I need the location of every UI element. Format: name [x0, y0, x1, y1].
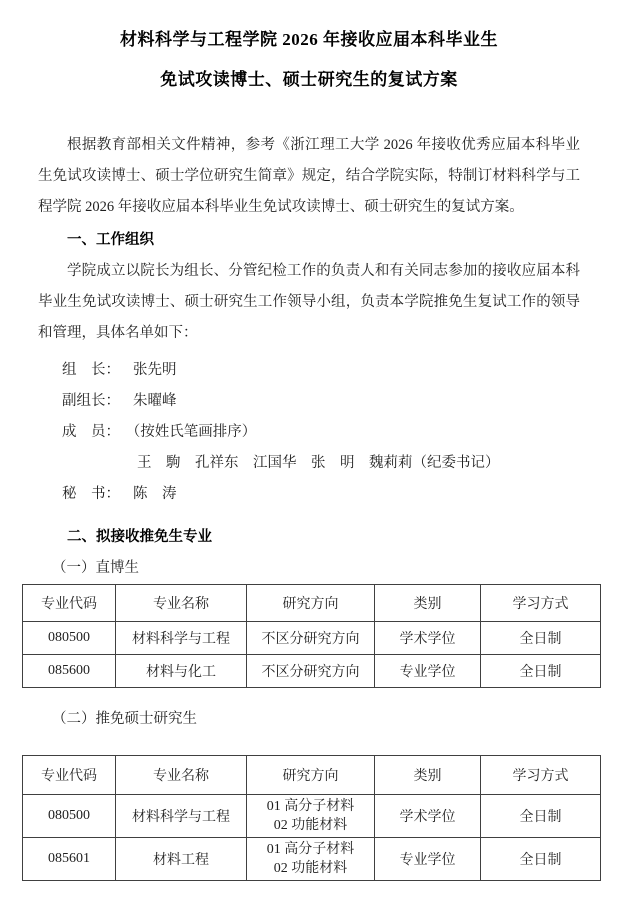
cell-category: 学术学位	[375, 795, 481, 838]
master-programs-table: 专业代码 专业名称 研究方向 类别 学习方式 080500 材料科学与工程 01…	[22, 755, 601, 881]
table-row: 080500 材料科学与工程 不区分研究方向 学术学位 全日制	[23, 622, 601, 655]
cell-major-code: 085600	[23, 655, 116, 688]
table-header-row: 专业代码 专业名称 研究方向 类别 学习方式	[23, 756, 601, 795]
section1-heading: 一、工作组织	[38, 225, 580, 256]
cell-major-code: 080500	[23, 622, 116, 655]
cell-major-name: 材料科学与工程	[116, 622, 247, 655]
table-row: 080500 材料科学与工程 01 高分子材料 02 功能材料 学术学位 全日制	[23, 795, 601, 838]
table-header-row: 专业代码 专业名称 研究方向 类别 学习方式	[23, 585, 601, 622]
cell-research-direction: 不区分研究方向	[247, 655, 375, 688]
header-major-code: 专业代码	[23, 756, 116, 795]
cell-category: 专业学位	[375, 838, 481, 881]
document-title: 材料科学与工程学院 2026 年接收应届本科毕业生 免试攻读博士、硕士研究生的复…	[0, 0, 618, 100]
section2-sub2-label: （二）推免硕士研究生	[52, 704, 618, 735]
document-title-line1: 材料科学与工程学院 2026 年接收应届本科毕业生	[0, 20, 618, 60]
document-page: 材料科学与工程学院 2026 年接收应届本科毕业生 免试攻读博士、硕士研究生的复…	[0, 0, 618, 921]
cell-research-direction: 不区分研究方向	[247, 622, 375, 655]
table-row: 085600 材料与化工 不区分研究方向 专业学位 全日制	[23, 655, 601, 688]
cell-major-code: 080500	[23, 795, 116, 838]
section1-body-paragraph: 学院成立以院长为组长、分管纪检工作的负责人和有关同志参加的接收应届本科毕业生免试…	[38, 256, 580, 349]
roster-secretary-label: 秘 书：	[62, 486, 120, 502]
header-major-name: 专业名称	[116, 756, 247, 795]
roster-deputy-label: 副组长：	[62, 393, 120, 409]
roster-members-label: 成 员：	[62, 424, 120, 440]
roster-members-note: （按姓氏笔画排序）	[133, 424, 256, 440]
cell-major-name: 材料工程	[116, 838, 247, 881]
cell-category: 学术学位	[375, 622, 481, 655]
intro-paragraph: 根据教育部相关文件精神，参考《浙江理工大学 2026 年接收优秀应届本科毕业生免…	[38, 130, 580, 223]
header-research-direction: 研究方向	[247, 756, 375, 795]
direction-line-1: 01 高分子材料	[249, 840, 372, 859]
cell-category: 专业学位	[375, 655, 481, 688]
roster-secretary-name: 陈 涛	[133, 486, 177, 502]
roster-secretary-line: 秘 书：陈 涛	[62, 479, 618, 510]
header-study-mode: 学习方式	[481, 756, 601, 795]
roster-leader-line: 组 长：张先明	[62, 355, 618, 386]
cell-study-mode: 全日制	[481, 838, 601, 881]
cell-research-direction: 01 高分子材料 02 功能材料	[247, 838, 375, 881]
section2-sub1-label: （一）直博生	[52, 553, 618, 584]
roster-list: 组 长：张先明 副组长：朱曜峰 成 员：（按姓氏笔画排序） 王 駒 孔祥东 江国…	[0, 355, 618, 510]
roster-members-names: 王 駒 孔祥东 江国华 张 明 魏莉莉（纪委书记）	[137, 448, 618, 479]
roster-leader-label: 组 长：	[62, 362, 120, 378]
phd-programs-table: 专业代码 专业名称 研究方向 类别 学习方式 080500 材料科学与工程 不区…	[22, 584, 601, 688]
header-category: 类别	[375, 756, 481, 795]
header-major-code: 专业代码	[23, 585, 116, 622]
roster-members-line: 成 员：（按姓氏笔画排序）	[62, 417, 618, 448]
roster-leader-name: 张先明	[133, 362, 177, 378]
roster-deputy-name: 朱曜峰	[133, 393, 177, 409]
table-row: 085601 材料工程 01 高分子材料 02 功能材料 专业学位 全日制	[23, 838, 601, 881]
header-research-direction: 研究方向	[247, 585, 375, 622]
cell-study-mode: 全日制	[481, 622, 601, 655]
direction-line-2: 02 功能材料	[249, 859, 372, 878]
section2-heading: 二、拟接收推免生专业	[38, 522, 580, 553]
header-major-name: 专业名称	[116, 585, 247, 622]
direction-line-1: 01 高分子材料	[249, 797, 372, 816]
cell-research-direction: 01 高分子材料 02 功能材料	[247, 795, 375, 838]
cell-study-mode: 全日制	[481, 655, 601, 688]
header-category: 类别	[375, 585, 481, 622]
roster-deputy-line: 副组长：朱曜峰	[62, 386, 618, 417]
cell-major-code: 085601	[23, 838, 116, 881]
cell-study-mode: 全日制	[481, 795, 601, 838]
header-study-mode: 学习方式	[481, 585, 601, 622]
document-title-line2: 免试攻读博士、硕士研究生的复试方案	[0, 60, 618, 100]
cell-major-name: 材料与化工	[116, 655, 247, 688]
direction-line-2: 02 功能材料	[249, 816, 372, 835]
cell-major-name: 材料科学与工程	[116, 795, 247, 838]
